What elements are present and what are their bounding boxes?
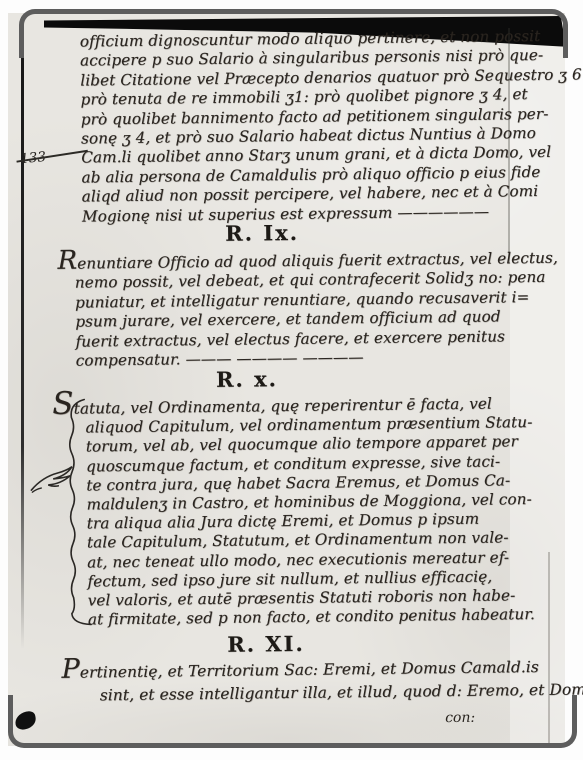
paragraph-r-x: Statuta, vel Ordinamenta, quę reperirent… [85,394,535,630]
paragraph-r-ix: Renuntiare Officio ad quod aliquis fueri… [74,249,559,371]
manuscript-line: at firmitate, sed p non facto, et condit… [88,605,535,630]
section-heading-r-ix: R. Ix. [225,220,299,246]
section-heading-r-x: R. x. [216,366,278,392]
manuscript-text-layer: 133 officium dignoscuntur modo aliquo pe… [0,0,583,760]
scanned-manuscript-page: 133 officium dignoscuntur modo aliquo pe… [0,0,583,760]
scan-frame-top-bracket [19,9,568,58]
section-heading-r-xi: R. XI. [227,631,305,657]
struck-page-number: 133 [20,149,47,167]
scan-frame-bottom-bracket [8,695,577,748]
